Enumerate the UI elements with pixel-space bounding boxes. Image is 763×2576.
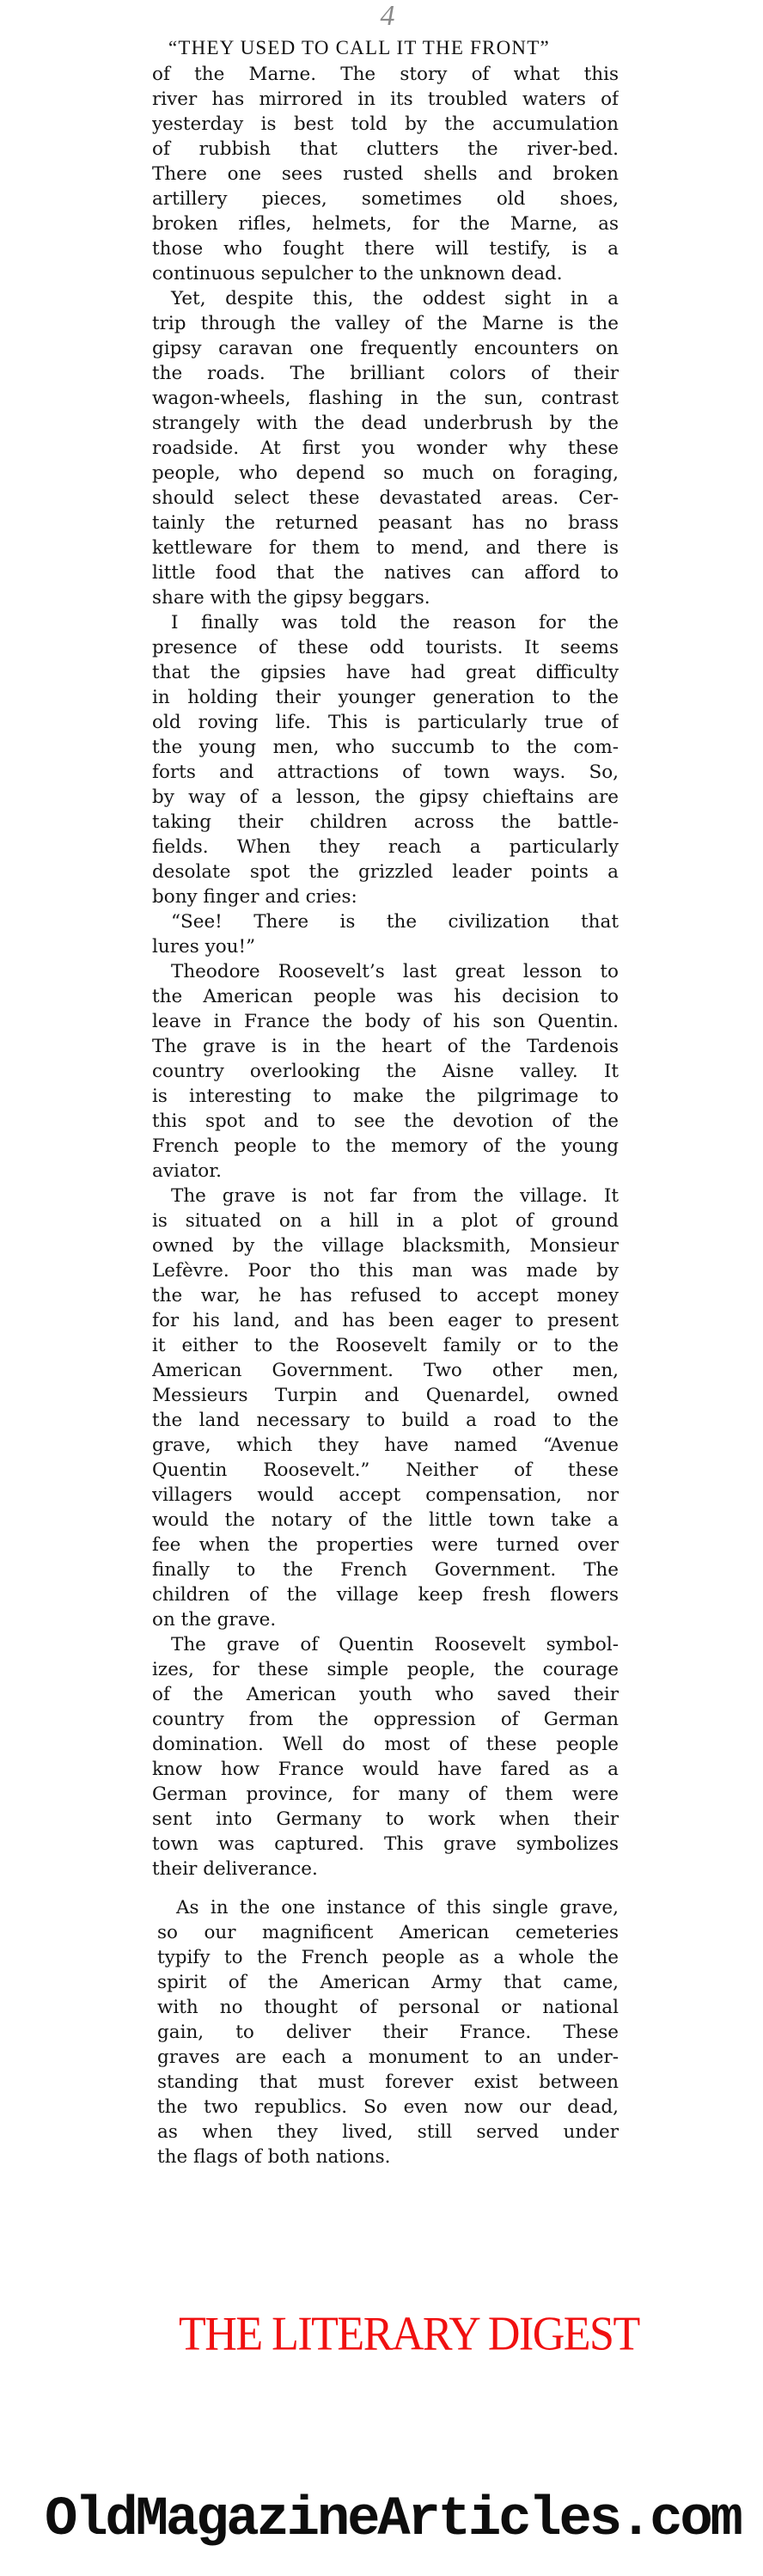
text-line: The grave of Quentin Roosevelt symbol-	[152, 1632, 619, 1657]
text-line: Yet, despite this, the oddest sight in a	[152, 286, 619, 311]
text-line: standing that must forever exist between	[157, 2070, 619, 2095]
text-line: fee when the properties were turned over	[152, 1533, 619, 1557]
text-line: those who fought there will testify, is …	[152, 236, 619, 261]
text-line: domination. Well do most of these people	[152, 1732, 619, 1757]
text-line: strangely with the dead underbrush by th…	[152, 411, 619, 436]
text-line: so our magnificent American cemeteries	[157, 1920, 619, 1945]
text-line: villagers would accept compensation, nor	[152, 1483, 619, 1508]
paragraph: I finally was told the reason for thepre…	[152, 610, 619, 909]
paragraph: Theodore Roosevelt’s last great lesson t…	[152, 959, 619, 1184]
text-line: the roads. The brilliant colors of their	[152, 361, 619, 386]
text-line: of rubbish that clutters the river-bed.	[152, 137, 619, 162]
text-line: kettleware for them to mend, and there i…	[152, 535, 619, 560]
text-line: roadside. At first you wonder why these	[152, 436, 619, 461]
closing-paragraph: As in the one instance of this single gr…	[157, 1895, 619, 2169]
text-line: is interesting to make the pilgrimage to	[152, 1084, 619, 1109]
text-line: country overlooking the Aisne valley. It	[152, 1059, 619, 1084]
site-watermark: OldMagazineArticles.com	[45, 2486, 732, 2555]
text-line: for his land, and has been eager to pres…	[152, 1308, 619, 1333]
text-line: lures you!”	[152, 934, 619, 959]
paragraph-spacer	[152, 1882, 619, 1895]
magazine-masthead: THE LITERARY DIGEST	[179, 2309, 638, 2360]
text-line: broken rifles, helmets, for the Marne, a…	[152, 211, 619, 236]
text-line: Lefèvre. Poor tho this man was made by	[152, 1258, 619, 1283]
text-line: people, who depend so much on foraging,	[152, 461, 619, 486]
text-line: country from the oppression of German	[152, 1707, 619, 1732]
text-line: fields. When they reach a particularly	[152, 835, 619, 860]
text-line: little food that the natives can afford …	[152, 560, 619, 585]
text-line: trip through the valley of the Marne is …	[152, 311, 619, 336]
text-line: tainly the returned peasant has no brass	[152, 511, 619, 535]
text-line: wagon-wheels, flashing in the sun, contr…	[152, 386, 619, 411]
text-line: Theodore Roosevelt’s last great lesson t…	[152, 959, 619, 984]
text-line: the flags of both nations.	[157, 2145, 619, 2169]
text-line: The grave is in the heart of the Tardeno…	[152, 1034, 619, 1059]
text-line: that the gipsies have had great difficul…	[152, 660, 619, 685]
text-line: old roving life. This is particularly tr…	[152, 710, 619, 735]
page-number: 4	[375, 2, 400, 31]
paragraph: of the Marne. The story of what thisrive…	[152, 62, 619, 286]
text-line: bony finger and cries:	[152, 884, 619, 909]
text-line: grave, which they have named “Avenue	[152, 1433, 619, 1458]
text-line: As in the one instance of this single gr…	[157, 1895, 619, 1920]
text-line: artillery pieces, sometimes old shoes,	[152, 187, 619, 211]
text-line: the young men, who succumb to the com-	[152, 735, 619, 760]
text-line: on the grave.	[152, 1607, 619, 1632]
text-line: “See! There is the civilization that	[152, 909, 619, 934]
text-line: town was captured. This grave symbolizes	[152, 1832, 619, 1857]
text-line: leave in France the body of his son Quen…	[152, 1009, 619, 1034]
text-line: would the notary of the little town take…	[152, 1508, 619, 1533]
paragraph: The grave is not far from the village. I…	[152, 1184, 619, 1632]
text-line: the two republics. So even now our dead,	[157, 2095, 619, 2120]
text-line: German province, for many of them were	[152, 1782, 619, 1807]
text-line: There one sees rusted shells and broken	[152, 162, 619, 187]
article-body: of the Marne. The story of what thisrive…	[152, 62, 619, 2169]
text-line: The grave is not far from the village. I…	[152, 1184, 619, 1208]
text-line: this spot and to see the devotion of the	[152, 1109, 619, 1134]
running-header: “THEY USED TO CALL IT THE FRONT”	[168, 36, 615, 60]
text-line: finally to the French Government. The	[152, 1557, 619, 1582]
text-line: typify to the French people as a whole t…	[157, 1945, 619, 1970]
text-line: American Government. Two other men,	[152, 1358, 619, 1383]
text-line: children of the village keep fresh flowe…	[152, 1582, 619, 1607]
text-line: as when they lived, still served under	[157, 2120, 619, 2145]
text-line: know how France would have fared as a	[152, 1757, 619, 1782]
paragraph: Yet, despite this, the oddest sight in a…	[152, 286, 619, 610]
text-line: spirit of the American Army that came,	[157, 1970, 619, 1995]
text-line: yesterday is best told by the accumulati…	[152, 112, 619, 137]
text-line: I finally was told the reason for the	[152, 610, 619, 635]
text-line: French people to the memory of the young	[152, 1134, 619, 1159]
text-line: should select these devastated areas. Ce…	[152, 486, 619, 511]
text-line: Messieurs Turpin and Quenardel, owned	[152, 1383, 619, 1408]
text-line: presence of these odd tourists. It seems	[152, 635, 619, 660]
text-line: continuous sepulcher to the unknown dead…	[152, 261, 619, 286]
text-line: is situated on a hill in a plot of groun…	[152, 1208, 619, 1233]
text-line: of the Marne. The story of what this	[152, 62, 619, 87]
text-line: taking their children across the battle-	[152, 810, 619, 835]
text-line: izes, for these simple people, the coura…	[152, 1657, 619, 1682]
text-line: gipsy caravan one frequently encounters …	[152, 336, 619, 361]
text-line: by way of a lesson, the gipsy chieftains…	[152, 785, 619, 810]
text-line: the land necessary to build a road to th…	[152, 1408, 619, 1433]
text-line: Quentin Roosevelt.” Neither of these	[152, 1458, 619, 1483]
paragraph: “See! There is the civilization thatlure…	[152, 909, 619, 959]
paragraph: The grave of Quentin Roosevelt symbol-iz…	[152, 1632, 619, 1882]
text-line: of the American youth who saved their	[152, 1682, 619, 1707]
text-line: with no thought of personal or national	[157, 1995, 619, 2020]
article-paragraphs: of the Marne. The story of what thisrive…	[152, 62, 619, 1882]
text-line: forts and attractions of town ways. So,	[152, 760, 619, 785]
text-line: gain, to deliver their France. These	[157, 2020, 619, 2045]
text-line: river has mirrored in its troubled water…	[152, 87, 619, 112]
text-line: graves are each a monument to an under-	[157, 2045, 619, 2070]
text-line: the war, he has refused to accept money	[152, 1283, 619, 1308]
text-line: in holding their younger generation to t…	[152, 685, 619, 710]
text-line: owned by the village blacksmith, Monsieu…	[152, 1233, 619, 1258]
paragraph: As in the one instance of this single gr…	[157, 1895, 619, 2169]
text-line: desolate spot the grizzled leader points…	[152, 860, 619, 884]
text-line: sent into Germany to work when their	[152, 1807, 619, 1832]
text-line: their deliverance.	[152, 1857, 619, 1882]
text-line: it either to the Roosevelt family or to …	[152, 1333, 619, 1358]
text-line: the American people was his decision to	[152, 984, 619, 1009]
text-line: share with the gipsy beggars.	[152, 585, 619, 610]
text-line: aviator.	[152, 1159, 619, 1184]
